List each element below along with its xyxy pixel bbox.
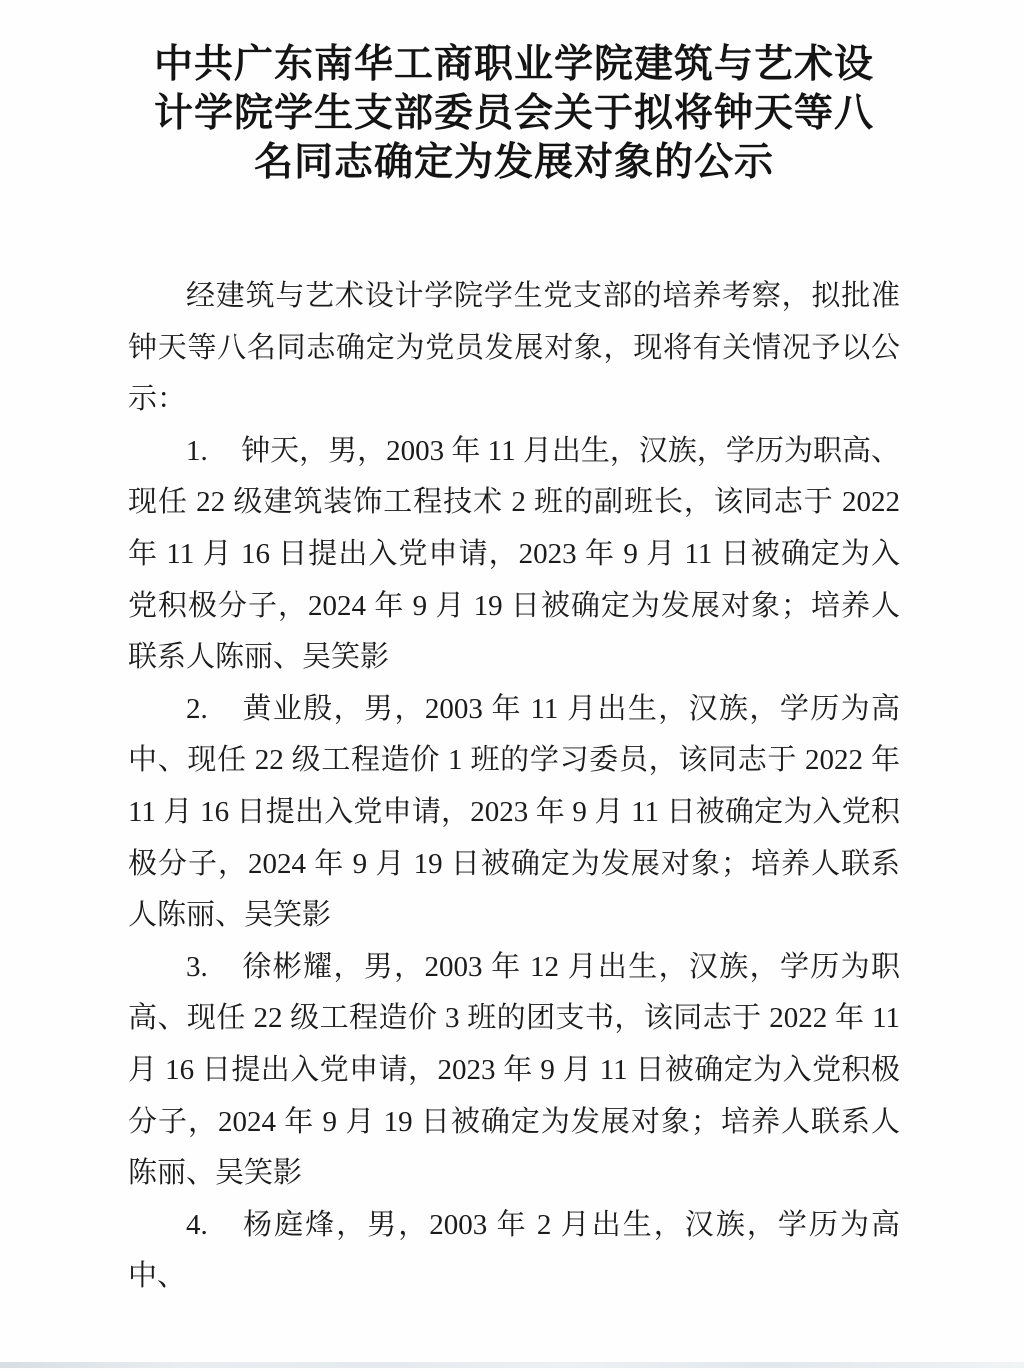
page-edge-shadow bbox=[0, 1362, 1024, 1368]
list-item-4: 4.杨庭烽，男，2003 年 2 月出生，汉族，学历为高中、 bbox=[128, 1200, 900, 1303]
item-2-number: 2. bbox=[186, 684, 208, 736]
item-4-number: 4. bbox=[186, 1200, 208, 1252]
item-3-number: 3. bbox=[186, 942, 208, 994]
document-page: 中共广东南华工商职业学院建筑与艺术设 计学院学生支部委员会关于拟将钟天等八 名同… bbox=[0, 0, 1024, 1371]
list-item-2: 2.黄业殷，男，2003 年 11 月出生，汉族，学历为高中、现任 22 级工程… bbox=[128, 684, 900, 942]
list-item-3: 3.徐彬耀，男，2003 年 12 月出生，汉族，学历为职高、现任 22 级工程… bbox=[128, 942, 900, 1200]
item-2-text: 黄业殷，男，2003 年 11 月出生，汉族，学历为高中、现任 22 级工程造价… bbox=[128, 693, 900, 931]
intro-paragraph: 经建筑与艺术设计学院学生党支部的培养考察，拟批准钟天等八名同志确定为党员发展对象… bbox=[128, 271, 900, 426]
document-content: 中共广东南华工商职业学院建筑与艺术设 计学院学生支部委员会关于拟将钟天等八 名同… bbox=[128, 40, 900, 1303]
document-body: 经建筑与艺术设计学院学生党支部的培养考察，拟批准钟天等八名同志确定为党员发展对象… bbox=[128, 271, 900, 1303]
document-title: 中共广东南华工商职业学院建筑与艺术设 计学院学生支部委员会关于拟将钟天等八 名同… bbox=[128, 40, 900, 187]
item-4-text: 杨庭烽，男，2003 年 2 月出生，汉族，学历为高中、 bbox=[128, 1209, 900, 1293]
title-line-3: 名同志确定为发展对象的公示 bbox=[128, 138, 900, 187]
list-item-1: 1.钟天，男，2003 年 11 月出生，汉族，学历为职高、现任 22 级建筑装… bbox=[128, 426, 900, 684]
item-1-text: 钟天，男，2003 年 11 月出生，汉族，学历为职高、现任 22 级建筑装饰工… bbox=[128, 435, 900, 673]
item-3-text: 徐彬耀，男，2003 年 12 月出生，汉族，学历为职高、现任 22 级工程造价… bbox=[128, 951, 900, 1189]
title-line-1: 中共广东南华工商职业学院建筑与艺术设 bbox=[128, 40, 900, 89]
item-1-number: 1. bbox=[186, 426, 208, 478]
title-line-2: 计学院学生支部委员会关于拟将钟天等八 bbox=[128, 89, 900, 138]
